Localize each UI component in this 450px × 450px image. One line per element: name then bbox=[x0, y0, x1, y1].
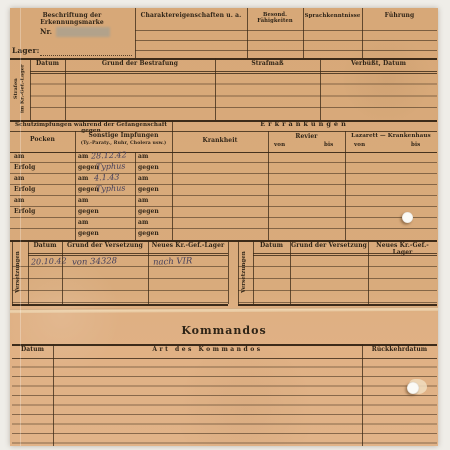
krankheit-header: Krankheit bbox=[172, 138, 268, 145]
table-bottom bbox=[238, 304, 437, 306]
header-rule bbox=[253, 253, 437, 254]
grid-line bbox=[215, 58, 216, 120]
revier-bis-label: bis bbox=[324, 142, 333, 148]
row-label: gegen bbox=[78, 231, 99, 238]
top-ruled-rows bbox=[135, 21, 437, 58]
kommandos-ruled-rows bbox=[12, 358, 437, 446]
row-label: am bbox=[138, 176, 148, 183]
row-label: Erfolg bbox=[14, 209, 35, 216]
hole-punch-top bbox=[402, 212, 413, 223]
strafen-col-strafmass: Strafmaß bbox=[215, 61, 320, 68]
handwritten-vaccine: Typhus bbox=[96, 184, 126, 193]
paper-crease bbox=[20, 8, 21, 446]
kommandos-title: Kommandos bbox=[10, 325, 438, 338]
revier-von-label: von bbox=[274, 142, 285, 148]
row-label: gegen bbox=[138, 187, 159, 194]
grid-line bbox=[238, 240, 239, 304]
grid-line bbox=[362, 8, 363, 58]
kommandos-col-datum: Datum bbox=[12, 347, 53, 354]
versetzungen-col-grund: Grund der Versetzung bbox=[62, 243, 148, 250]
grid-line bbox=[28, 240, 29, 304]
grid-line bbox=[320, 58, 321, 120]
grid-line bbox=[303, 8, 304, 58]
header-rule bbox=[30, 71, 437, 72]
sonstige-subheader: (Ty.-Paraty., Ruhr, Cholera usw.) bbox=[75, 141, 172, 146]
row-label: am bbox=[78, 154, 88, 161]
handwritten-vaccine: Typhus bbox=[96, 162, 126, 171]
versetzungen-ruled-right bbox=[238, 255, 437, 303]
versetzungen-col-grund-r: Grund der Versetzung bbox=[290, 243, 368, 250]
handwritten-transfer-reason: von 34328 bbox=[72, 257, 117, 267]
row-label: gegen bbox=[138, 165, 159, 172]
grid-line bbox=[135, 152, 136, 240]
grid-line bbox=[268, 131, 269, 240]
strafen-col-datum: Datum bbox=[30, 61, 65, 68]
kommandos-col-art: Art des Kommandos bbox=[53, 347, 362, 354]
nr-label: Nr. bbox=[40, 28, 52, 36]
grid-line bbox=[368, 240, 369, 304]
row-label: Erfolg bbox=[14, 165, 35, 172]
strafen-col-verbuesst: Verbüßt, Datum bbox=[320, 61, 437, 68]
grid-line bbox=[253, 240, 254, 304]
revier-header: Revier bbox=[268, 134, 345, 141]
grid-line bbox=[345, 131, 346, 240]
versetzungen-col-datum: Datum bbox=[28, 243, 62, 250]
grid-line bbox=[30, 58, 31, 120]
hole-punch-bottom bbox=[407, 382, 419, 394]
row-label: am bbox=[138, 220, 148, 227]
lager-label: Lager: bbox=[12, 47, 39, 56]
handwritten-date: 28.12.42 bbox=[91, 151, 127, 160]
row-label: Erfolg bbox=[14, 187, 35, 194]
strafen-ruled-rows bbox=[30, 73, 437, 119]
table-bottom bbox=[12, 304, 228, 306]
handwritten-date: 4.1.43 bbox=[94, 174, 120, 183]
grid-line bbox=[247, 8, 248, 58]
row-label: am bbox=[78, 198, 88, 205]
personalkarte-scan: Beschriftung der Erkennungsmarke Nr. Lag… bbox=[10, 8, 438, 446]
erkrankungen-title: Erkrankungen bbox=[172, 121, 437, 128]
grid-line bbox=[12, 240, 13, 304]
grid-line bbox=[62, 240, 63, 304]
sonstige-header: Sonstige Impfungen bbox=[75, 133, 172, 140]
nr-value-redacted bbox=[56, 27, 110, 37]
grid-line bbox=[53, 344, 54, 446]
row-label: am bbox=[78, 176, 88, 183]
lazarett-bis-label: bis bbox=[411, 142, 420, 148]
strafen-col-grund: Grund der Bestrafung bbox=[65, 61, 215, 68]
col-fuehrung: Führung bbox=[362, 13, 437, 20]
header-rule bbox=[28, 253, 228, 254]
grid-line bbox=[148, 240, 149, 304]
fold-crease bbox=[10, 307, 438, 313]
grid-line bbox=[228, 240, 229, 304]
versetzungen-col-lager: Neues Kr.-Gef.-Lager bbox=[148, 243, 228, 250]
row-label: gegen bbox=[138, 231, 159, 238]
grid-line bbox=[172, 120, 173, 240]
row-label: am bbox=[138, 154, 148, 161]
grid-line bbox=[75, 131, 76, 240]
col-charaktereigenschaften: Charaktereigenschaften u. a. bbox=[137, 13, 245, 20]
grid-line bbox=[290, 240, 291, 304]
kommandos-col-rueckkehr: Rückkehrdatum bbox=[362, 347, 437, 354]
lazarett-header: Lazarett — Krankenhaus bbox=[345, 133, 437, 139]
row-label: gegen bbox=[78, 209, 99, 216]
lazarett-von-label: von bbox=[354, 142, 365, 148]
col-sprachkenntnisse: Sprachkenntnisse bbox=[303, 13, 362, 19]
grid-line bbox=[362, 344, 363, 446]
lager-blank-line bbox=[40, 47, 132, 56]
versetzungen-col-datum-r: Datum bbox=[253, 243, 290, 250]
grid-line bbox=[65, 58, 66, 120]
row-label: am bbox=[78, 220, 88, 227]
row-label: am bbox=[138, 198, 148, 205]
row-label: gegen bbox=[138, 209, 159, 216]
grid-line bbox=[135, 8, 136, 58]
erkennungsmarke-label: Beschriftung der Erkennungsmarke bbox=[12, 13, 132, 27]
handwritten-transfer-camp: nach VIR bbox=[153, 257, 193, 267]
